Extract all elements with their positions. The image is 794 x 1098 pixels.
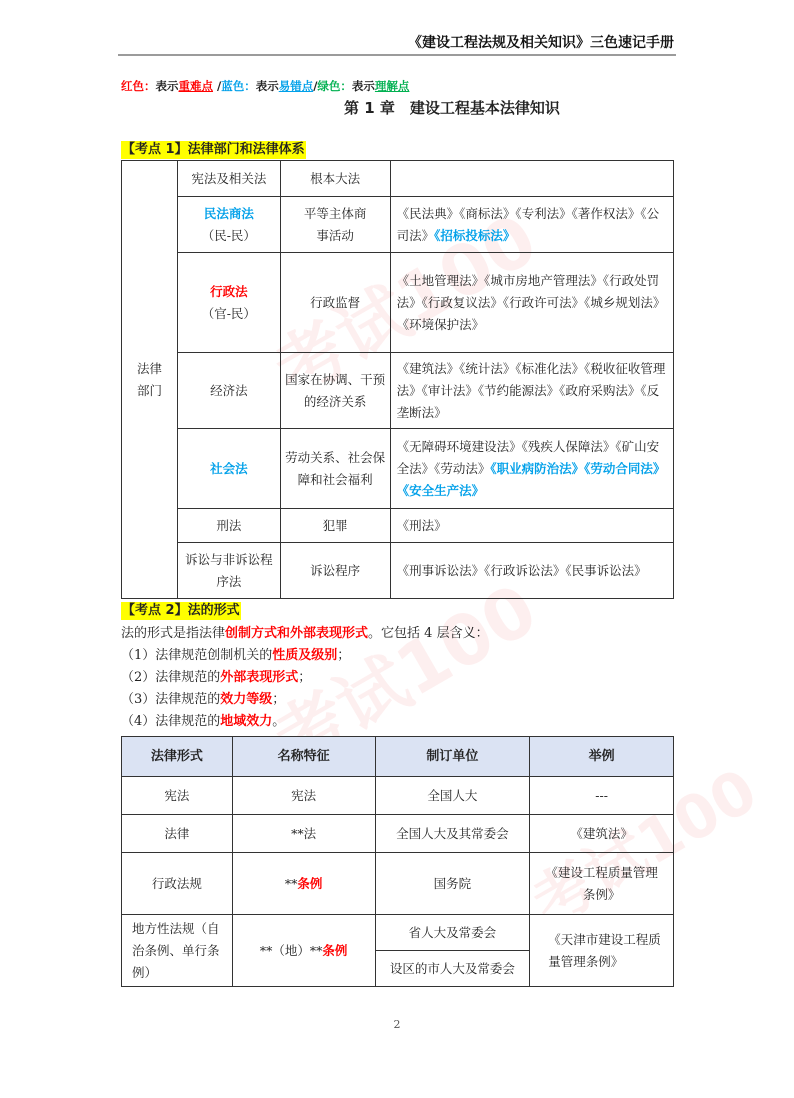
legend-text: 表示 <box>352 79 375 93</box>
name-cell: **（地）**条例 <box>232 915 375 987</box>
header-divider <box>118 54 676 56</box>
dept-name: 宪法及相关法 <box>177 161 280 197</box>
name-cell: 宪法 <box>232 777 375 815</box>
table-row: 刑法 犯罪 《刑法》 <box>122 509 674 543</box>
legend-blue-label: 蓝色： <box>221 79 256 93</box>
dept-laws: 《无障碍环境建设法》《残疾人保障法》《矿山安全法》《劳动法》《职业病防治法》《劳… <box>390 429 673 509</box>
dept-name-cell: 民法商法（民-民） <box>177 197 280 253</box>
legend-green-label: 绿色： <box>317 79 352 93</box>
column-header: 名称特征 <box>232 737 375 777</box>
dept-laws: 《刑事诉讼法》《行政诉讼法》《民事诉讼法》 <box>390 543 673 599</box>
dept-laws: 《土地管理法》《城市房地产管理法》《行政处罚法》《行政复议法》《行政许可法》《城… <box>390 253 673 353</box>
item-text: ； <box>337 648 350 663</box>
item-red: 地域效力 <box>220 714 272 729</box>
maker-cell: 设区的市人大及常委会 <box>375 951 530 987</box>
list-item: （1）法律规范创制机关的性质及级别； <box>121 646 350 666</box>
merged-label: 部门 <box>137 383 162 398</box>
table-row: 经济法 国家在协调、干预的经济关系 《建筑法》《统计法》《标准化法》《税收征收管… <box>122 353 674 429</box>
merged-label: 法律 <box>137 361 162 376</box>
dept-desc: 根本大法 <box>280 161 390 197</box>
dept-name: 民法商法 <box>204 206 254 221</box>
item-text: ； <box>298 670 311 685</box>
table-row: 地方性法规（自治条例、单行条例） **（地）**条例 省人大及常委会 《天津市建… <box>122 915 674 951</box>
dept-desc: 平等主体商事活动 <box>280 197 390 253</box>
table-row: 民法商法（民-民） 平等主体商事活动 《民法典》《商标法》《专利法》《著作权法》… <box>122 197 674 253</box>
form-cell: 行政法规 <box>122 853 233 915</box>
table-row: 行政法规 **条例 国务院 《建设工程质量管理条例》 <box>122 853 674 915</box>
maker-cell: 全国人大 <box>375 777 530 815</box>
column-header: 举例 <box>530 737 674 777</box>
dept-laws <box>390 161 673 197</box>
maker-cell: 国务院 <box>375 853 530 915</box>
list-item: （3）法律规范的效力等级； <box>121 690 285 710</box>
name-plain: **（地）** <box>260 943 323 958</box>
name-cell: **法 <box>232 815 375 853</box>
legal-forms-table: 法律形式 名称特征 制订单位 举例 宪法 宪法 全国人大 --- 法律 **法 … <box>121 736 674 987</box>
dept-sub: （官-民） <box>202 306 256 321</box>
legend-text: 表示 <box>156 79 179 93</box>
item-red: 效力等级 <box>220 692 272 707</box>
dept-desc: 国家在协调、干预的经济关系 <box>280 353 390 429</box>
dept-sub: （民-民） <box>202 228 256 243</box>
name-plain: ** <box>285 876 298 891</box>
example-cell: 《天津市建设工程质量管理条例》 <box>530 915 674 987</box>
section2-intro: 法的形式是指法律创制方式和外部表现形式。它包括 4 层含义： <box>121 624 489 644</box>
item-text: （4）法律规范的 <box>121 714 220 729</box>
legend-green-term: 理解点 <box>375 79 410 93</box>
legend-red-term: 重难点 <box>179 79 214 93</box>
dept-name: 刑法 <box>177 509 280 543</box>
dept-name: 行政法 <box>210 284 248 299</box>
chapter-title: 第 1 章 建设工程基本法律知识 <box>0 97 794 118</box>
dept-name: 社会法 <box>177 429 280 509</box>
maker-cell: 全国人大及其常委会 <box>375 815 530 853</box>
form-cell: 法律 <box>122 815 233 853</box>
dept-laws: 《刑法》 <box>390 509 673 543</box>
dept-name: 诉讼与非诉讼程序法 <box>177 543 280 599</box>
legend-sep: / <box>213 79 221 93</box>
list-item: （2）法律规范的外部表现形式； <box>121 668 311 688</box>
form-cell: 地方性法规（自治条例、单行条例） <box>122 915 233 987</box>
list-item: （4）法律规范的地域效力。 <box>121 712 285 732</box>
section1-heading: 【考点 1】法律部门和法律体系 <box>121 141 306 159</box>
dept-desc: 犯罪 <box>280 509 390 543</box>
dept-laws: 《建筑法》《统计法》《标准化法》《税收征收管理法》《审计法》《节约能源法》《政府… <box>390 353 673 429</box>
item-red: 外部表现形式 <box>220 670 298 685</box>
section2-heading: 【考点 2】法的形式 <box>121 602 241 620</box>
item-red: 性质及级别 <box>272 648 337 663</box>
color-legend: 红色：表示重难点 /蓝色：表示易错点/绿色：表示理解点 <box>121 78 409 94</box>
dept-name-cell: 行政法（官-民） <box>177 253 280 353</box>
page-number: 2 <box>0 1018 794 1031</box>
table-row: 诉讼与非诉讼程序法 诉讼程序 《刑事诉讼法》《行政诉讼法》《民事诉讼法》 <box>122 543 674 599</box>
table-header-row: 法律形式 名称特征 制订单位 举例 <box>122 737 674 777</box>
table-row: 宪法 宪法 全国人大 --- <box>122 777 674 815</box>
column-header: 制订单位 <box>375 737 530 777</box>
example-cell: --- <box>530 777 674 815</box>
item-text: （3）法律规范的 <box>121 692 220 707</box>
item-text: （2）法律规范的 <box>121 670 220 685</box>
column-header: 法律形式 <box>122 737 233 777</box>
item-text: （1）法律规范创制机关的 <box>121 648 272 663</box>
example-cell: 《建筑法》 <box>530 815 674 853</box>
dept-desc: 诉讼程序 <box>280 543 390 599</box>
item-text: ； <box>272 692 285 707</box>
dept-name: 经济法 <box>177 353 280 429</box>
laws-blue: 《招标投标法》 <box>434 228 515 243</box>
maker-cell: 省人大及常委会 <box>375 915 530 951</box>
form-cell: 宪法 <box>122 777 233 815</box>
table-row: 法律 **法 全国人大及其常委会 《建筑法》 <box>122 815 674 853</box>
document-header-title: 《建设工程法规及相关知识》三色速记手册 <box>408 32 674 52</box>
legal-departments-table: 法律部门 宪法及相关法 根本大法 民法商法（民-民） 平等主体商事活动 《民法典… <box>121 160 674 599</box>
name-red: 条例 <box>322 943 347 958</box>
legend-blue-term: 易错点 <box>279 79 314 93</box>
dept-laws: 《民法典》《商标法》《专利法》《著作权法》《公司法》《招标投标法》 <box>390 197 673 253</box>
item-text: 。 <box>272 714 285 729</box>
name-cell: **条例 <box>232 853 375 915</box>
intro-text: 。它包括 4 层含义： <box>368 626 489 641</box>
dept-desc: 劳动关系、社会保障和社会福利 <box>280 429 390 509</box>
legend-red-label: 红色： <box>121 79 156 93</box>
table-row: 社会法 劳动关系、社会保障和社会福利 《无障碍环境建设法》《残疾人保障法》《矿山… <box>122 429 674 509</box>
intro-red: 创制方式和外部表现形式 <box>225 626 368 641</box>
legend-text: 表示 <box>256 79 279 93</box>
intro-text: 法的形式是指法律 <box>121 626 225 641</box>
dept-desc: 行政监督 <box>280 253 390 353</box>
table-row: 行政法（官-民） 行政监督 《土地管理法》《城市房地产管理法》《行政处罚法》《行… <box>122 253 674 353</box>
example-cell: 《建设工程质量管理条例》 <box>530 853 674 915</box>
merged-label-cell: 法律部门 <box>122 161 178 599</box>
table-row: 法律部门 宪法及相关法 根本大法 <box>122 161 674 197</box>
name-red: 条例 <box>297 876 322 891</box>
